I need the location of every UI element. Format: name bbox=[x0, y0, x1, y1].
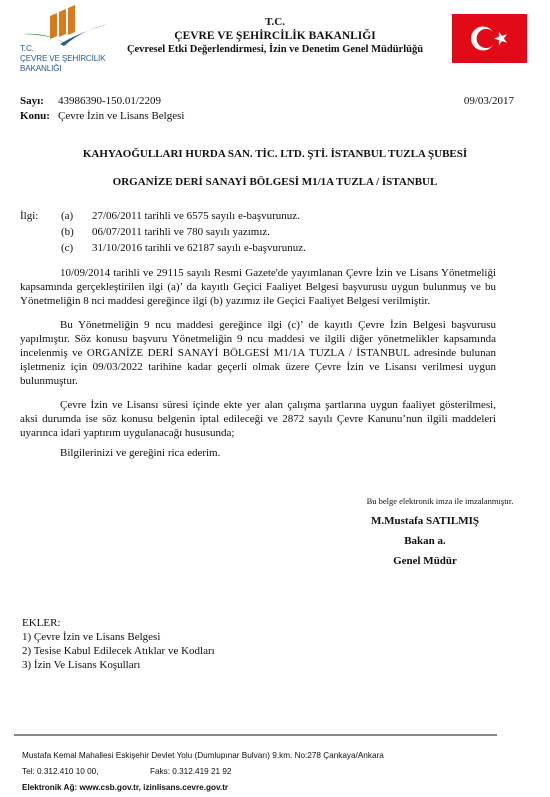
subject-value: Çevre İzin ve Lisans Belgesi bbox=[58, 110, 184, 122]
footer-divider bbox=[14, 734, 497, 736]
body-paragraph: Çevre İzin ve Lisansı süresi içinde ekte… bbox=[20, 398, 496, 440]
signatory-name: M.Mustafa SATILMIŞ bbox=[300, 511, 550, 531]
signature-block: Bu belge elektronik imza ile imzalanmışt… bbox=[300, 495, 550, 571]
subject-label: Konu: bbox=[20, 109, 58, 123]
reference-text: 31/10/2016 tarihli ve 62187 sayılı e-baş… bbox=[92, 242, 306, 254]
attachments-list: EKLER: 1) Çevre İzin ve Lisans Belgesi 2… bbox=[22, 616, 215, 672]
footer-tel: Tel: 0.312.410 10 00, bbox=[22, 767, 98, 776]
reference-item: (c)31/10/2016 tarihli ve 62187 sayılı e-… bbox=[61, 240, 306, 256]
reference-text: 06/07/2011 tarihli ve 780 sayılı yazımız… bbox=[92, 226, 270, 238]
footer-web-label: Elektronik Ağ: bbox=[22, 783, 77, 792]
footer: Mustafa Kemal Mahallesi Eskişehir Devlet… bbox=[22, 748, 384, 796]
letterhead-tc: T.C. bbox=[95, 16, 455, 29]
recipient-address: ORGANİZE DERİ SANAYİ BÖLGESİ M1/1A TUZLA… bbox=[0, 176, 550, 188]
document-date: 09/03/2017 bbox=[464, 94, 514, 108]
attachment-item: 2) Tesise Kabul Edilecek Atıklar ve Kodl… bbox=[22, 644, 215, 658]
document-number-label: Sayı: bbox=[20, 94, 58, 108]
subject-row: Konu:Çevre İzin ve Lisans Belgesi bbox=[20, 109, 184, 123]
body-paragraph: 10/09/2014 tarihli ve 29115 sayılı Resmi… bbox=[20, 266, 496, 308]
reference-text: 27/06/2011 tarihli ve 6575 sayılı e-başv… bbox=[92, 210, 300, 222]
closing-paragraph: Bilgilerinizi ve gereğini rica ederim. bbox=[20, 446, 496, 460]
letterhead-ministry: ÇEVRE VE ŞEHİRCİLİK BAKANLIĞI bbox=[95, 29, 455, 43]
document-number-row: Sayı:43986390-150.01/2209 bbox=[20, 94, 161, 108]
logo-text-tc: T.C. bbox=[20, 44, 34, 54]
signatory-position: Genel Müdür bbox=[300, 551, 550, 571]
footer-address: Mustafa Kemal Mahallesi Eskişehir Devlet… bbox=[22, 748, 384, 764]
attachment-item: 1) Çevre İzin ve Lisans Belgesi bbox=[22, 630, 215, 644]
footer-web-links[interactable]: www.csb.gov.tr, izinlisans.cevre.gov.tr bbox=[77, 783, 228, 792]
reference-item: (a)27/06/2011 tarihli ve 6575 sayılı e-b… bbox=[61, 208, 300, 224]
references-label: İlgi: bbox=[20, 208, 38, 224]
letterhead-department: Çevresel Etki Değerlendirmesi, İzin ve D… bbox=[95, 43, 455, 57]
signatory-title: Bakan a. bbox=[300, 531, 550, 551]
logo-text-ministry: ÇEVRE VE ŞEHİRCİLİK bbox=[20, 54, 105, 64]
footer-web-row: Elektronik Ağ: www.csb.gov.tr, izinlisan… bbox=[22, 780, 384, 796]
reference-item: (b)06/07/2011 tarihli ve 780 sayılı yazı… bbox=[61, 224, 270, 240]
reference-key: (a) bbox=[61, 208, 92, 224]
reference-key: (c) bbox=[61, 240, 92, 256]
e-signature-note: Bu belge elektronik imza ile imzalanmışt… bbox=[330, 495, 550, 507]
turkish-flag-icon bbox=[452, 14, 527, 63]
reference-key: (b) bbox=[61, 224, 92, 240]
attachments-label: EKLER: bbox=[22, 616, 215, 630]
footer-contact-row: Tel: 0.312.410 10 00, Faks: 0.312.419 21… bbox=[22, 764, 384, 780]
logo-text-bakanligi: BAKANLIĞI bbox=[20, 64, 61, 74]
attachment-item: 3) İzin Ve Lisans Koşulları bbox=[22, 658, 215, 672]
document-number: 43986390-150.01/2209 bbox=[58, 95, 161, 107]
footer-fax: Faks: 0.312.419 21 92 bbox=[150, 764, 231, 780]
letterhead: T.C. ÇEVRE VE ŞEHİRCİLİK BAKANLIĞI Çevre… bbox=[95, 16, 455, 57]
recipient-name: KAHYAOĞULLARI HURDA SAN. TİC. LTD. ŞTİ. … bbox=[0, 148, 550, 160]
body-paragraph: Bu Yönetmeliğin 9 ncu maddesi gereğince … bbox=[20, 318, 496, 388]
